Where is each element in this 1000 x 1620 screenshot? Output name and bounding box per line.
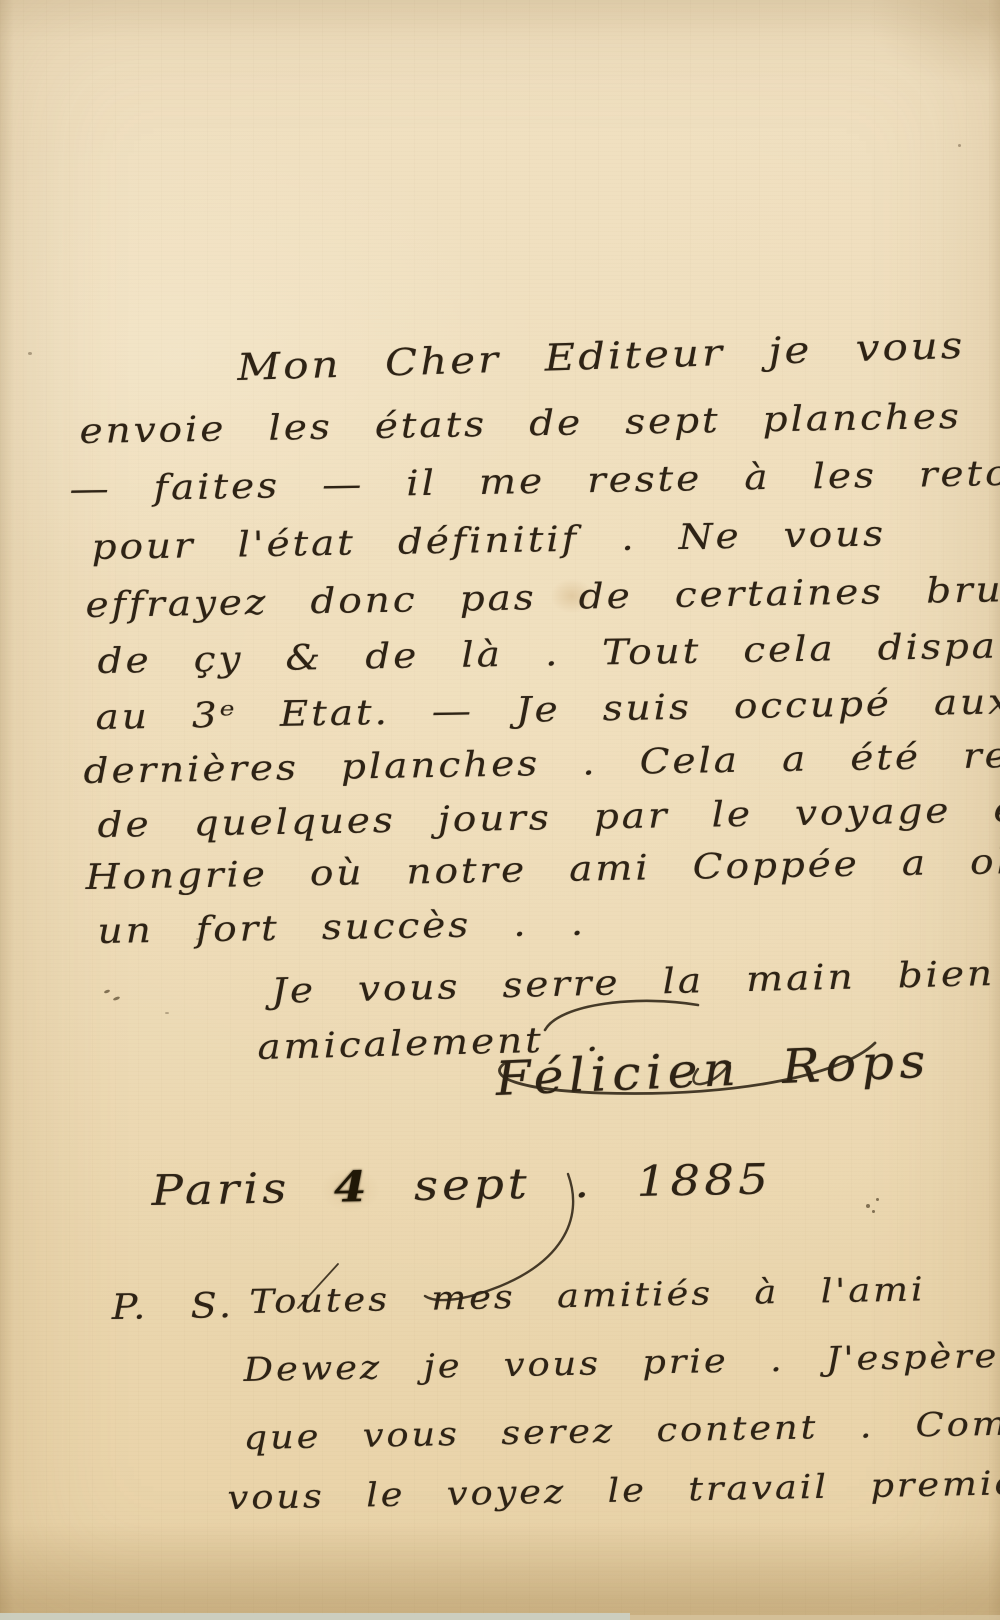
letter-line: de çy & de là . Tout cela disparaîtra, [97, 624, 1000, 682]
closing-line: Je vous serre la main bien [271, 954, 996, 1012]
ps-line: que vous serez content . Comme [243, 1403, 1000, 1457]
ink-speck [872, 1210, 875, 1213]
letter-line: Hongrie où notre ami Coppée a obtenu [85, 840, 1000, 898]
ink-speck [196, 938, 201, 940]
letter-line: dernières planches . Cela a été retardé [83, 734, 1000, 792]
letter-line: un fort succès . . [97, 904, 586, 952]
ink-speck [104, 989, 111, 994]
letter-line: au 3ᵉ Etat. — Je suis occupé aux [95, 682, 1000, 738]
dateline-day: 4 [333, 1162, 371, 1212]
dateline-tail: sept . 1885 [413, 1154, 772, 1210]
letter-line: effrayez donc pas de certaines brutalité… [85, 568, 1000, 626]
dateline: Paris 4 sept . 1885 [151, 1154, 773, 1215]
letter-line: de quelques jours par le voyage en [97, 790, 1000, 846]
ps-line: Dewez je vous prie . J'espère [243, 1336, 999, 1389]
salutation-line: Mon Cher Editeur je vous [236, 324, 966, 389]
dateline-place: Paris [151, 1163, 291, 1215]
ink-speck [165, 1012, 169, 1014]
ps-line: vous le voyez le travail premier [227, 1463, 1000, 1517]
scan-edge-strip [0, 1613, 630, 1620]
letter-line: — faites — il me reste à les retoucher [69, 452, 1000, 510]
ps-label: P. S. [111, 1286, 234, 1328]
paper-sheet: Mon Cher Editeur je vous envoie les état… [0, 0, 1000, 1620]
ink-speck [958, 144, 961, 147]
letter-line: pour l'état définitif . Ne vous [91, 514, 886, 568]
letter-line: envoie les états de sept planches [79, 397, 962, 452]
scan-edge-strip-right [630, 1615, 1000, 1620]
ink-speck [28, 352, 32, 355]
ink-speck [866, 1204, 870, 1208]
ps-line: Toutes mes amitiés à l'ami [249, 1269, 926, 1321]
ink-speck [876, 1198, 879, 1201]
ink-speck [113, 996, 121, 1001]
